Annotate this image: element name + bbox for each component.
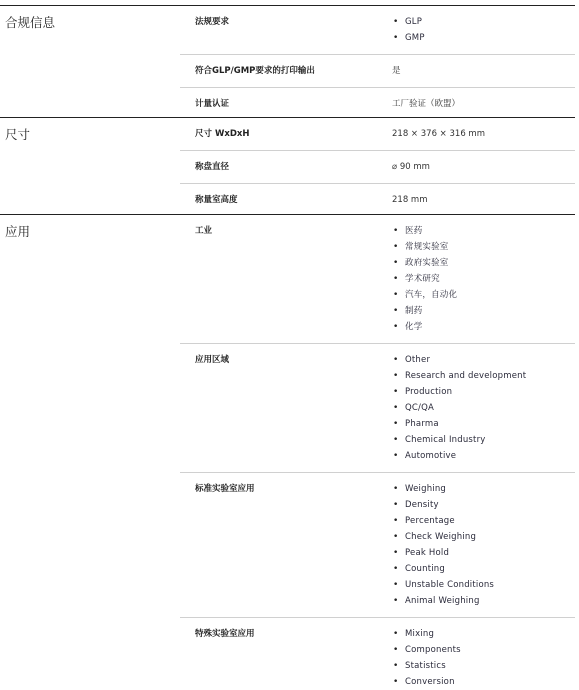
bullet-icon: • [393, 400, 399, 416]
list-item: •GMP [392, 30, 575, 46]
list-item: •Research and development [392, 368, 575, 384]
list-item-text: Components [405, 645, 461, 655]
list-item-text: Weighing [405, 484, 446, 494]
list-item: •Chemical Industry [392, 432, 575, 448]
bullet-icon: • [393, 658, 399, 674]
bullet-icon: • [393, 255, 399, 271]
bullet-icon: • [393, 448, 399, 464]
bullet-icon: • [393, 368, 399, 384]
list-item: •Weighing [392, 481, 575, 497]
list-item: •Percentage [392, 513, 575, 529]
row-label: 特殊实验室应用 [195, 626, 392, 690]
section-rows: 工业 •医药 •常规实验室 •政府实验室 •学术研究 •汽车，自动化 •制药 •… [190, 215, 575, 690]
list-item-text: Automotive [405, 451, 456, 461]
row-label: 法规要求 [195, 14, 392, 46]
bullet-icon: • [393, 303, 399, 319]
row-label: 尺寸 WxDxH [195, 126, 392, 142]
list-item: •GLP [392, 14, 575, 30]
bullet-icon: • [393, 384, 399, 400]
value-list: •Weighing •Density •Percentage •Check We… [392, 481, 575, 609]
spec-row: 计量认证 工厂验证（欧盟） [180, 87, 575, 120]
list-item-text: Pharma [405, 419, 439, 429]
section-compliance: 合规信息 法规要求 •GLP •GMP 符合GLP/GMP要求的打印输出 是 计… [0, 5, 575, 117]
row-value: •GLP •GMP [392, 14, 575, 46]
list-item: •Pharma [392, 416, 575, 432]
bullet-icon: • [393, 561, 399, 577]
list-item-text: 汽车，自动化 [405, 290, 457, 300]
list-item: •化学 [392, 319, 575, 335]
spec-row: 符合GLP/GMP要求的打印输出 是 [180, 54, 575, 87]
bullet-icon: • [393, 223, 399, 239]
value-list: •GLP •GMP [392, 14, 575, 46]
list-item: •汽车，自动化 [392, 287, 575, 303]
spec-row: 法规要求 •GLP •GMP [180, 6, 575, 54]
bullet-icon: • [393, 674, 399, 690]
list-item-text: Density [405, 500, 439, 510]
section-rows: 法规要求 •GLP •GMP 符合GLP/GMP要求的打印输出 是 计量认证 工… [190, 6, 575, 117]
spec-row: 称量室高度 218 mm [180, 183, 575, 216]
bullet-icon: • [393, 352, 399, 368]
section-title: 应用 [0, 215, 190, 690]
spec-row: 应用区域 •Other •Research and development •P… [180, 343, 575, 472]
value-list: •Other •Research and development •Produc… [392, 352, 575, 464]
section-title: 合规信息 [0, 6, 190, 117]
bullet-icon: • [393, 14, 399, 30]
value-list: •医药 •常规实验室 •政府实验室 •学术研究 •汽车，自动化 •制药 •化学 [392, 223, 575, 335]
value-list: •Mixing •Components •Statistics •Convers… [392, 626, 575, 690]
bullet-icon: • [393, 287, 399, 303]
bullet-icon: • [393, 271, 399, 287]
row-label: 标准实验室应用 [195, 481, 392, 609]
bullet-icon: • [393, 577, 399, 593]
list-item: •政府实验室 [392, 255, 575, 271]
list-item: •医药 [392, 223, 575, 239]
list-item: •Counting [392, 561, 575, 577]
row-value: •Weighing •Density •Percentage •Check We… [392, 481, 575, 609]
spec-row: 尺寸 WxDxH 218 × 376 × 316 mm [180, 118, 575, 150]
row-value: 是 [392, 63, 575, 79]
list-item: •Components [392, 642, 575, 658]
spec-row: 称盘直径 ⌀ 90 mm [180, 150, 575, 183]
list-item-text: Percentage [405, 516, 455, 526]
row-label: 称盘直径 [195, 159, 392, 175]
bullet-icon: • [393, 481, 399, 497]
bullet-icon: • [393, 416, 399, 432]
list-item-text: 政府实验室 [405, 258, 449, 268]
list-item: •QC/QA [392, 400, 575, 416]
bullet-icon: • [393, 529, 399, 545]
row-value: •Mixing •Components •Statistics •Convers… [392, 626, 575, 690]
row-value: •医药 •常规实验室 •政府实验室 •学术研究 •汽车，自动化 •制药 •化学 [392, 223, 575, 335]
list-item-text: QC/QA [405, 403, 434, 413]
list-item: •Other [392, 352, 575, 368]
list-item: •Conversion [392, 674, 575, 690]
bullet-icon: • [393, 642, 399, 658]
list-item-text: Production [405, 387, 452, 397]
list-item-text: Chemical Industry [405, 435, 486, 445]
bullet-icon: • [393, 626, 399, 642]
bullet-icon: • [393, 239, 399, 255]
spec-table: 合规信息 法规要求 •GLP •GMP 符合GLP/GMP要求的打印输出 是 计… [0, 5, 575, 690]
spec-row: 工业 •医药 •常规实验室 •政府实验室 •学术研究 •汽车，自动化 •制药 •… [180, 215, 575, 343]
list-item-text: 学术研究 [405, 274, 440, 284]
bullet-icon: • [393, 497, 399, 513]
row-label: 符合GLP/GMP要求的打印输出 [195, 63, 392, 79]
list-item-text: Statistics [405, 661, 446, 671]
list-item: •Mixing [392, 626, 575, 642]
list-item: •Statistics [392, 658, 575, 674]
list-item-text: Animal Weighing [405, 596, 480, 606]
list-item: •Animal Weighing [392, 593, 575, 609]
section-dimensions: 尺寸 尺寸 WxDxH 218 × 376 × 316 mm 称盘直径 ⌀ 90… [0, 117, 575, 214]
list-item-text: 医药 [405, 226, 422, 236]
list-item-text: Research and development [405, 371, 526, 381]
list-item: •制药 [392, 303, 575, 319]
list-item: •Automotive [392, 448, 575, 464]
bullet-icon: • [393, 319, 399, 335]
row-value: 218 mm [392, 192, 575, 208]
list-item: •Production [392, 384, 575, 400]
list-item-text: GMP [405, 33, 425, 43]
row-label: 工业 [195, 223, 392, 335]
list-item: •Peak Hold [392, 545, 575, 561]
list-item-text: Mixing [405, 629, 434, 639]
list-item: •Check Weighing [392, 529, 575, 545]
list-item-text: Check Weighing [405, 532, 476, 542]
row-value: 工厂验证（欧盟） [392, 96, 575, 112]
list-item-text: 化学 [405, 322, 422, 332]
list-item: •Unstable Conditions [392, 577, 575, 593]
bullet-icon: • [393, 593, 399, 609]
row-label: 应用区域 [195, 352, 392, 464]
list-item: •常规实验室 [392, 239, 575, 255]
list-item: •Density [392, 497, 575, 513]
row-label: 称量室高度 [195, 192, 392, 208]
list-item-text: 常规实验室 [405, 242, 449, 252]
spec-row: 特殊实验室应用 •Mixing •Components •Statistics … [180, 617, 575, 690]
list-item-text: GLP [405, 17, 422, 27]
list-item-text: 制药 [405, 306, 422, 316]
section-applications: 应用 工业 •医药 •常规实验室 •政府实验室 •学术研究 •汽车，自动化 •制… [0, 214, 575, 690]
bullet-icon: • [393, 545, 399, 561]
bullet-icon: • [393, 513, 399, 529]
bullet-icon: • [393, 30, 399, 46]
list-item-text: Other [405, 355, 430, 365]
row-value: •Other •Research and development •Produc… [392, 352, 575, 464]
list-item: •学术研究 [392, 271, 575, 287]
section-title: 尺寸 [0, 118, 190, 214]
section-rows: 尺寸 WxDxH 218 × 376 × 316 mm 称盘直径 ⌀ 90 mm… [190, 118, 575, 214]
row-label: 计量认证 [195, 96, 392, 112]
list-item-text: Peak Hold [405, 548, 449, 558]
list-item-text: Conversion [405, 677, 455, 687]
bullet-icon: • [393, 432, 399, 448]
row-value: 218 × 376 × 316 mm [392, 126, 575, 142]
spec-row: 标准实验室应用 •Weighing •Density •Percentage •… [180, 472, 575, 617]
list-item-text: Unstable Conditions [405, 580, 494, 590]
list-item-text: Counting [405, 564, 445, 574]
row-value: ⌀ 90 mm [392, 159, 575, 175]
